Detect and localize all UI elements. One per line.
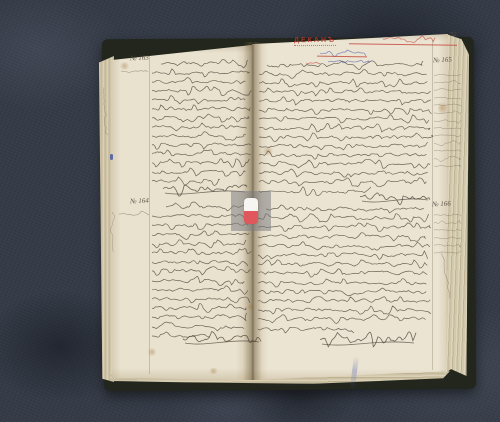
handwriting-line: [152, 167, 246, 176]
handwriting-line: [258, 241, 430, 250]
stroke: [441, 253, 451, 299]
handwriting-line: [152, 158, 249, 167]
margin-note-rotated: [438, 252, 455, 299]
stroke: [152, 159, 249, 167]
handwriting-line: [259, 159, 430, 168]
signature-flourish: [185, 341, 259, 344]
handwriting-line: [259, 177, 426, 186]
stroke: [434, 111, 461, 114]
stroke: [152, 69, 250, 77]
handwriting-line: [259, 78, 427, 87]
stroke: [152, 132, 246, 140]
handwriting-line: [266, 204, 424, 213]
stroke: [161, 60, 248, 68]
handwriting-line: [152, 149, 251, 158]
stroke: [434, 250, 461, 252]
entry-number: № 166: [432, 200, 451, 209]
stroke: [152, 105, 250, 111]
handwriting-line: [259, 141, 428, 150]
handwriting-line: [152, 248, 251, 257]
stroke: [259, 151, 426, 159]
stroke: [152, 240, 246, 248]
watermark-flag-icon: [244, 198, 258, 224]
stroke: [259, 159, 430, 168]
margin-note: [121, 66, 148, 75]
stroke: [434, 74, 461, 76]
stroke: [434, 214, 461, 216]
stroke: [434, 220, 461, 223]
stroke: [152, 78, 246, 84]
stroke: [258, 315, 426, 324]
handwriting-line: [258, 278, 426, 287]
handwriting-line: [152, 95, 245, 104]
stroke: [259, 70, 427, 79]
stroke: [152, 114, 249, 122]
stroke: [259, 169, 428, 177]
stroke: [434, 80, 461, 83]
stroke: [434, 135, 461, 137]
stroke: [259, 79, 427, 87]
handwriting-line: [259, 96, 431, 105]
stroke: [152, 230, 249, 239]
stroke: [434, 165, 461, 167]
red-underline: [349, 43, 457, 46]
stroke: [258, 260, 427, 268]
handwriting-line: [258, 305, 431, 314]
handwriting-line: [259, 168, 428, 177]
stroke: [258, 306, 431, 314]
stroke: [121, 71, 148, 73]
signature: [320, 332, 416, 346]
handwriting-line: [259, 186, 371, 195]
stroke: [259, 97, 431, 105]
stroke: [152, 286, 248, 294]
stroke: [259, 187, 371, 196]
page-number: 52: [450, 31, 457, 38]
handwriting-line: [152, 303, 247, 312]
stroke: [152, 267, 251, 276]
handwriting-line: [258, 268, 427, 277]
handwriting-line: [161, 59, 248, 68]
margin-note: [119, 209, 149, 218]
stroke: [152, 168, 246, 176]
handwriting-line: [152, 113, 249, 122]
stroke: [258, 269, 427, 277]
stroke: [383, 36, 435, 42]
stroke: [434, 150, 461, 152]
handwriting-line: [152, 140, 251, 149]
handwriting-line: [259, 150, 426, 159]
edge-inscription: [100, 87, 111, 135]
handwriting-line: [259, 132, 433, 141]
entry-number: № 164: [130, 197, 149, 206]
stroke: [152, 96, 245, 104]
stroke: [258, 297, 430, 303]
handwriting-line: [258, 259, 427, 268]
handwriting-line: [259, 105, 431, 114]
watermark: [231, 191, 271, 231]
stroke: [259, 123, 430, 131]
handwriting-line: [258, 314, 425, 323]
stroke: [152, 297, 250, 303]
handwriting-line: [258, 232, 426, 241]
stroke: [152, 276, 244, 285]
handwriting-line: [259, 114, 429, 123]
stroke: [152, 261, 248, 266]
photo-of-register: ДЕКАНЪ 52 № 163№ 164№ 165№ 166: [0, 0, 500, 422]
watermark-red-half: [244, 211, 258, 224]
margin-note: [434, 161, 461, 170]
signature-flourish: [322, 342, 414, 345]
stroke: [103, 87, 108, 135]
handwriting-line: [152, 257, 248, 266]
handwriting-line: [152, 131, 246, 140]
entry-number: № 163: [130, 54, 149, 63]
blue-pencil-dot: [110, 154, 113, 160]
handwriting-line: [152, 68, 250, 77]
stroke: [434, 104, 461, 106]
stroke: [152, 313, 247, 321]
stroke: [258, 251, 428, 259]
header-annotation: [383, 34, 435, 43]
stroke: [258, 288, 426, 296]
signature: [360, 189, 430, 203]
stroke: [266, 205, 424, 213]
stroke: [119, 211, 149, 215]
handwriting-line: [152, 239, 246, 248]
stroke: [110, 212, 116, 252]
stroke: [434, 89, 461, 91]
stroke: [434, 127, 461, 129]
dean-stamp: ДЕКАНЪ: [294, 37, 336, 46]
handwriting-line: [152, 77, 245, 86]
stroke: [259, 142, 428, 150]
handwriting-line: [258, 213, 428, 222]
header-annotation: [306, 58, 320, 67]
handwriting-line: [259, 87, 430, 96]
handwriting-line: [152, 86, 251, 95]
edge-inscription: [108, 212, 118, 252]
signature-flourish: [362, 199, 428, 202]
handwriting-line: [152, 312, 246, 321]
stroke: [328, 60, 370, 63]
handwriting-line: [152, 276, 244, 285]
handwriting-line: [258, 296, 430, 305]
handwriting-line: [258, 222, 431, 231]
header-annotation: [328, 57, 370, 66]
stroke: [306, 62, 320, 64]
stroke: [259, 88, 430, 96]
stroke: [152, 150, 251, 156]
stroke: [434, 237, 461, 239]
stroke: [258, 232, 426, 241]
stroke: [258, 223, 431, 231]
stroke: [259, 115, 429, 123]
stroke: [434, 229, 461, 231]
stroke: [152, 123, 247, 131]
stroke: [258, 278, 426, 286]
handwriting-line: [152, 104, 250, 113]
entry-number: № 165: [433, 56, 452, 65]
signature: [183, 331, 261, 345]
handwriting-line: [259, 123, 430, 132]
stroke: [258, 242, 430, 250]
handwriting-line: [152, 285, 248, 294]
handwriting-line: [259, 69, 427, 78]
handwriting-line: [152, 266, 251, 275]
handwriting-line: [258, 287, 426, 296]
handwriting-line: [152, 294, 250, 303]
watermark-white-half: [244, 198, 258, 211]
handwriting-line: [152, 122, 247, 131]
stroke: [152, 322, 244, 331]
stroke: [152, 249, 252, 255]
stroke: [152, 304, 247, 313]
handwriting-line: [152, 322, 244, 331]
stroke: [258, 214, 429, 222]
stroke: [434, 97, 461, 98]
handwriting-line: [258, 250, 428, 259]
stroke: [360, 193, 430, 205]
